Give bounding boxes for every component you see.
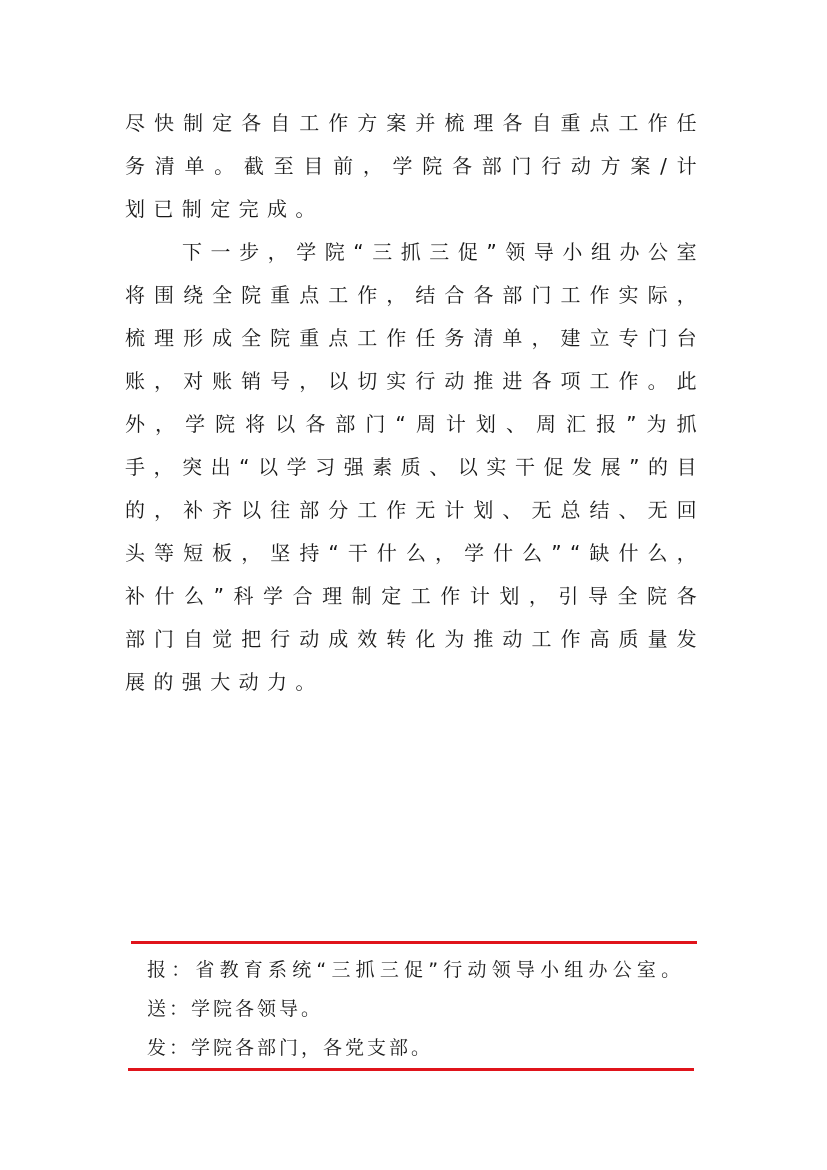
distribution-top-rule bbox=[131, 941, 697, 944]
distribution-bottom-rule bbox=[128, 1068, 694, 1071]
document-body: 尽快制定各自工作方案并梳理各自重点工作任务清单。截至目前，学院各部门行动方案/计… bbox=[125, 102, 705, 704]
distribution-value: 学院各领导。 bbox=[191, 998, 323, 1020]
distribution-row-send: 送：学院各领导。 bbox=[147, 990, 707, 1029]
distribution-label: 送： bbox=[147, 998, 191, 1020]
distribution-row-issue: 发：学院各部门，各党支部。 bbox=[147, 1029, 707, 1068]
distribution-value: 省教育系统“三抓三促”行动领导小组办公室。 bbox=[195, 959, 685, 981]
paragraph-2: 下一步，学院“三抓三促”领导小组办公室将围绕全院重点工作，结合各部门工作实际，梳… bbox=[125, 231, 705, 704]
distribution-value: 学院各部门，各党支部。 bbox=[191, 1037, 433, 1059]
paragraph-1: 尽快制定各自工作方案并梳理各自重点工作任务清单。截至目前，学院各部门行动方案/计… bbox=[125, 102, 705, 231]
distribution-list: 报：省教育系统“三抓三促”行动领导小组办公室。 送：学院各领导。 发：学院各部门… bbox=[147, 951, 707, 1068]
distribution-label: 报： bbox=[147, 959, 195, 981]
distribution-label: 发： bbox=[147, 1037, 191, 1059]
document-page: 尽快制定各自工作方案并梳理各自重点工作任务清单。截至目前，学院各部门行动方案/计… bbox=[0, 0, 827, 1170]
distribution-row-report: 报：省教育系统“三抓三促”行动领导小组办公室。 bbox=[147, 951, 707, 990]
